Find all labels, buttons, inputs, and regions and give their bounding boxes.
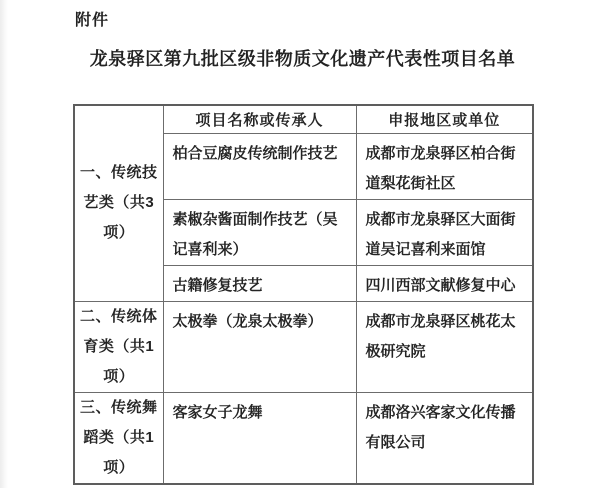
unit-cell: 成都市龙泉驿区柏合街道梨花街社区 (356, 133, 533, 199)
document-page: 附件 龙泉驿区第九批区级非物质文化遗产代表性项目名单 一、传统技艺类（共3项） … (0, 0, 600, 488)
project-cell: 古籍修复技艺 (163, 265, 356, 301)
category-cell-traditional-craft: 一、传统技艺类（共3项） (74, 105, 163, 301)
table-row: 三、传统舞蹈类（共1项） 客家女子龙舞 成都洛兴客家文化传播有限公司 (74, 392, 533, 484)
unit-cell: 成都洛兴客家文化传播有限公司 (356, 392, 533, 484)
project-cell: 太极拳（龙泉太极拳） (163, 301, 356, 392)
project-cell: 客家女子龙舞 (163, 392, 356, 484)
unit-cell: 四川西部文献修复中心 (356, 265, 533, 301)
unit-cell: 成都市龙泉驿区桃花太极研究院 (356, 301, 533, 392)
category-cell-traditional-sport: 二、传统体育类（共1项） (74, 301, 163, 392)
document-title: 龙泉驿区第九批区级非物质文化遗产代表性项目名单 (73, 45, 532, 71)
project-cell: 素椒杂酱面制作技艺（吴记喜利来） (163, 199, 356, 265)
table-header-row: 一、传统技艺类（共3项） 项目名称或传承人 申报地区或单位 (74, 105, 533, 133)
heritage-table: 一、传统技艺类（共3项） 项目名称或传承人 申报地区或单位 柏合豆腐皮传统制作技… (73, 104, 534, 485)
table-row: 二、传统体育类（共1项） 太极拳（龙泉太极拳） 成都市龙泉驿区桃花太极研究院 (74, 301, 533, 392)
column-header-project: 项目名称或传承人 (163, 105, 356, 133)
attachment-label: 附件 (75, 7, 109, 30)
category-cell-traditional-dance: 三、传统舞蹈类（共1项） (74, 392, 163, 484)
column-header-unit: 申报地区或单位 (356, 105, 533, 133)
project-cell: 柏合豆腐皮传统制作技艺 (163, 133, 356, 199)
unit-cell: 成都市龙泉驿区大面街道吴记喜利来面馆 (356, 199, 533, 265)
